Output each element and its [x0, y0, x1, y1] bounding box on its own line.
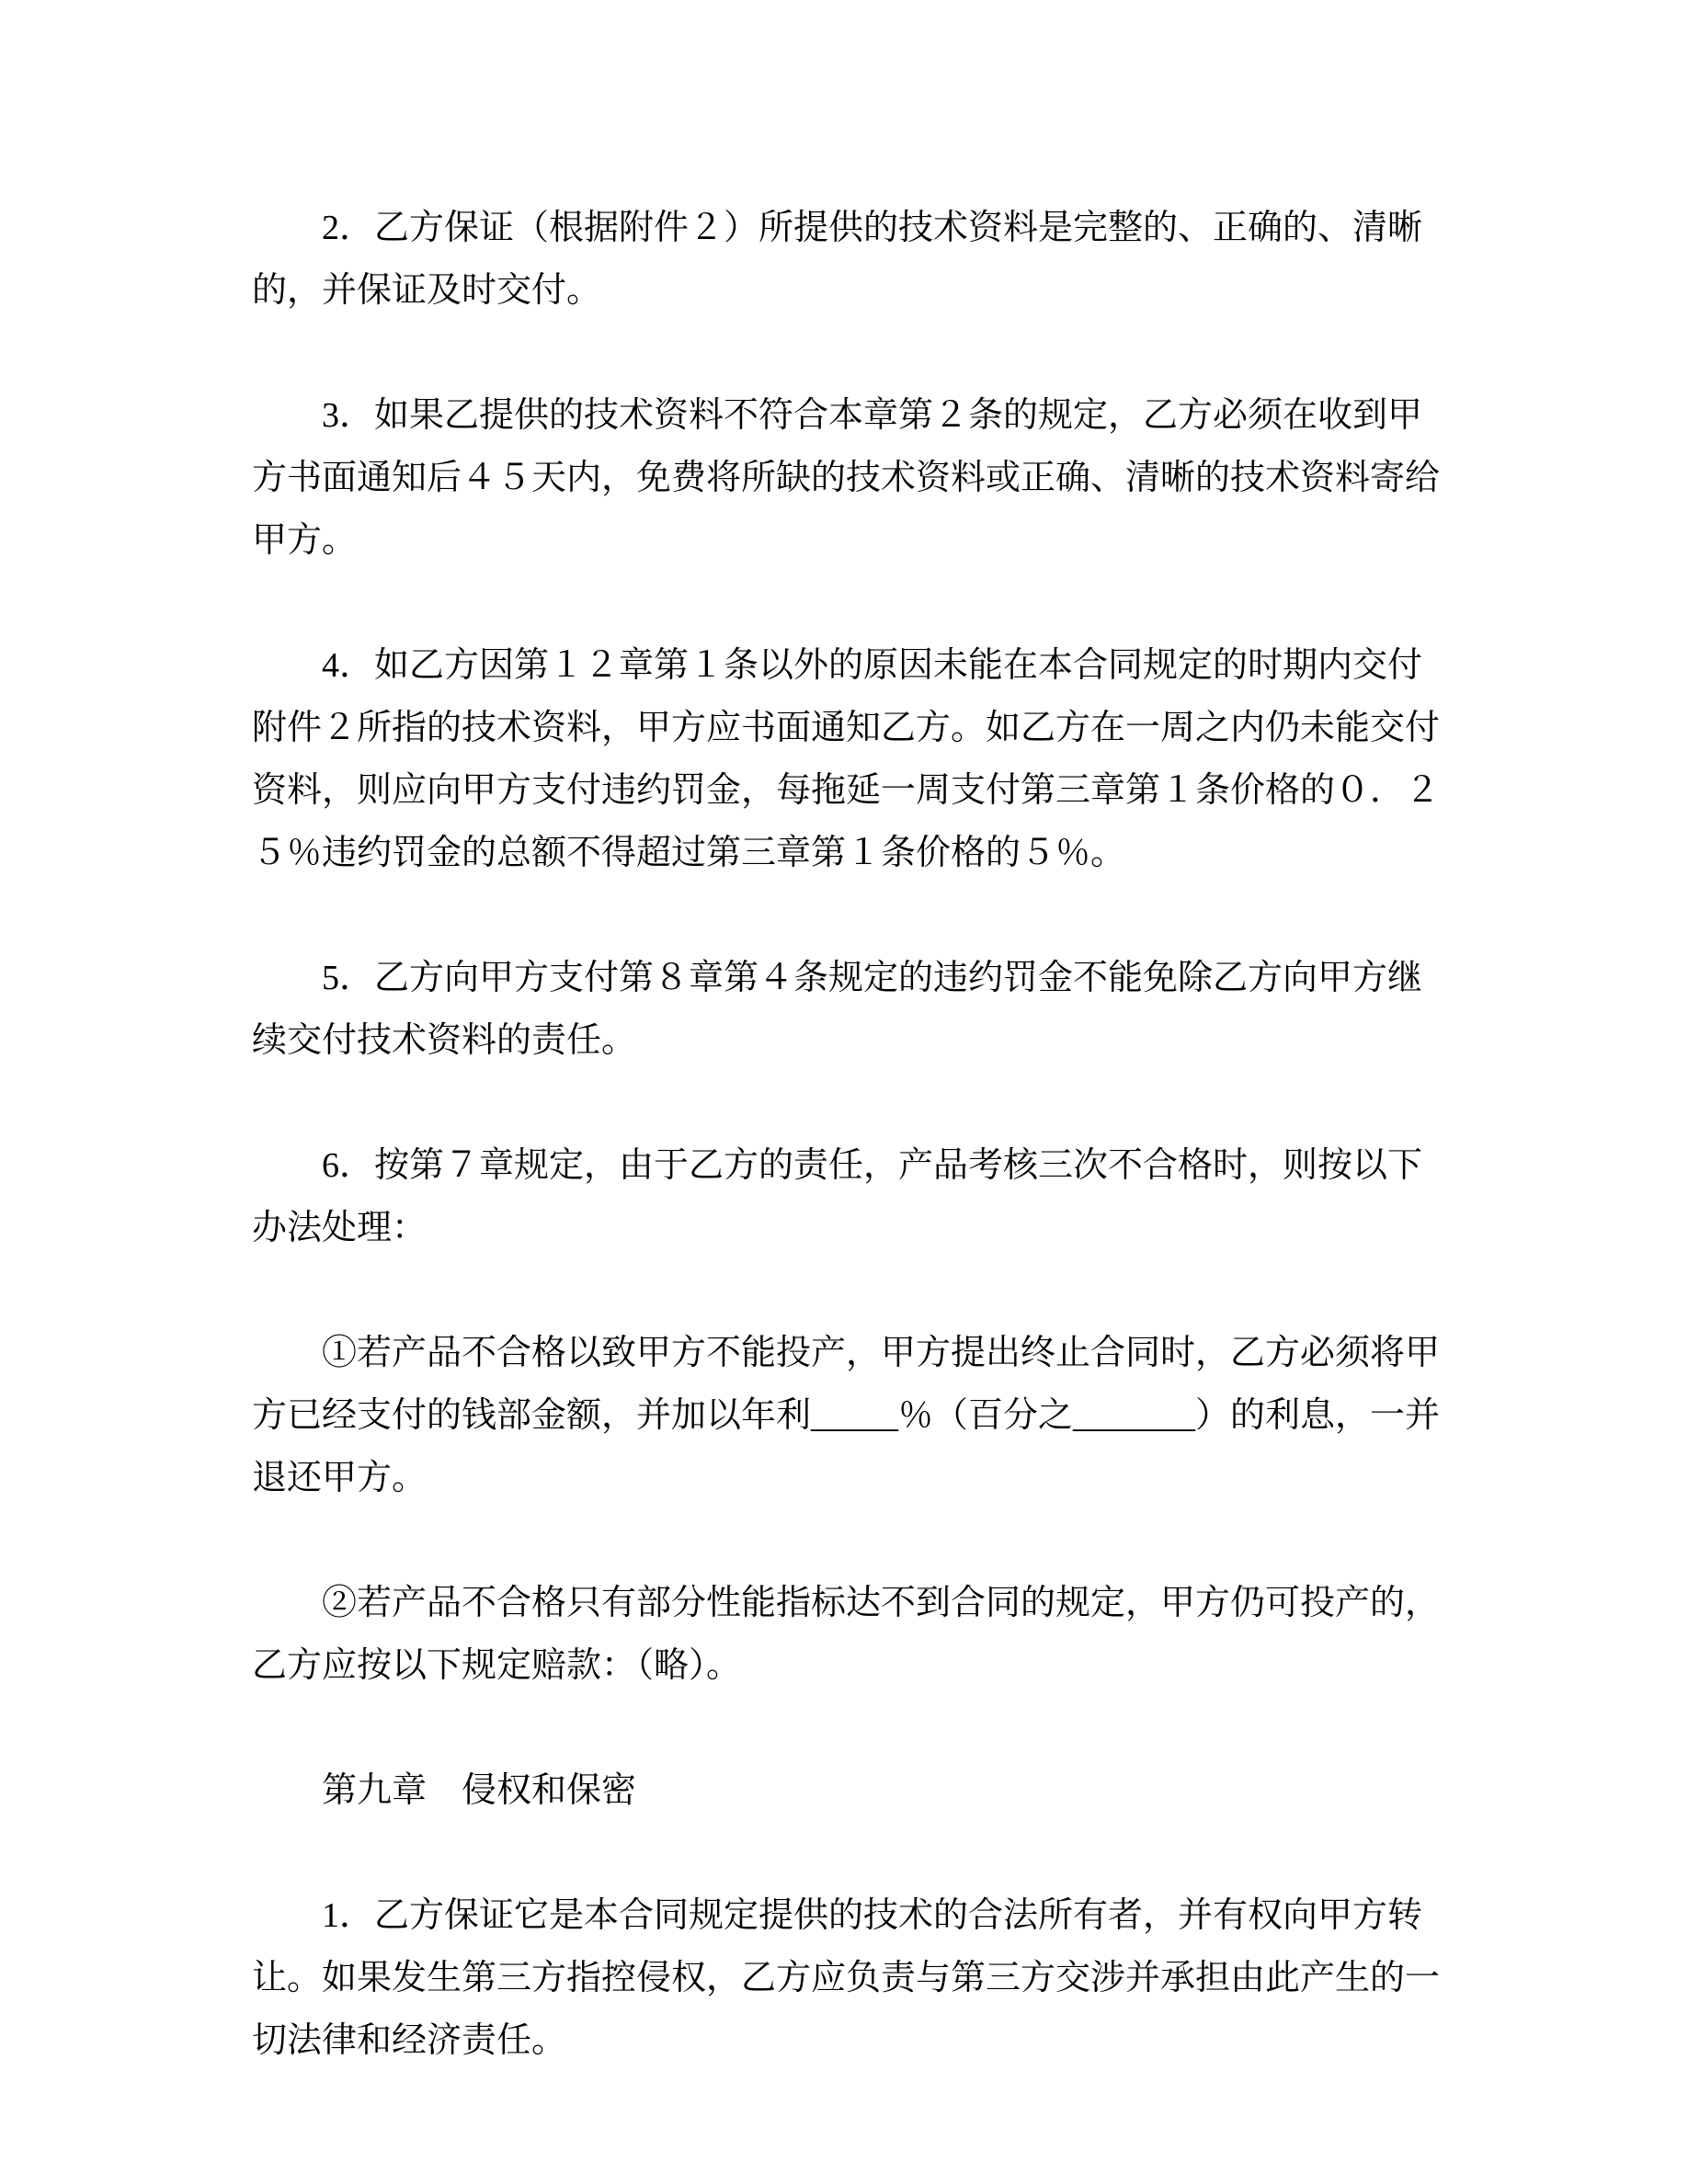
paragraph-clause-4: 4．如乙方因第１２章第１条以外的原因未能在本合同规定的时期内交付附件２所指的技术… — [252, 634, 1447, 884]
paragraph-item-2: ②若产品不合格只有部分性能指标达不到合同的规定，甲方仍可投产的，乙方应按以下规定… — [252, 1572, 1447, 1697]
paragraph-clause-5: 5．乙方向甲方支付第８章第４条规定的违约罚金不能免除乙方向甲方继续交付技术资料的… — [252, 947, 1447, 1072]
chapter-9-heading: 第九章 侵权和保密 — [252, 1759, 1447, 1822]
paragraph-clause-6: 6．按第７章规定，由于乙方的责任，产品考核三次不合格时，则按以下办法处理： — [252, 1134, 1447, 1259]
paragraph-clause-3: 3．如果乙提供的技术资料不符合本章第２条的规定，乙方必须在收到甲方书面通知后４５… — [252, 384, 1447, 572]
paragraph-item-1-fill-in-blanks: ①若产品不合格以致甲方不能投产，甲方提出终止合同时，乙方必须将甲方已经支付的钱部… — [252, 1322, 1447, 1509]
paragraph-clause-2: 2．乙方保证（根据附件２）所提供的技术资料是完整的、正确的、清晰的，并保证及时交… — [252, 197, 1447, 322]
paragraph-chapter-9-clause-1: 1．乙方保证它是本合同规定提供的技术的合法所有者，并有权向甲方转让。如果发生第三… — [252, 1884, 1447, 2072]
document-page: 2．乙方保证（根据附件２）所提供的技术资料是完整的、正确的、清晰的，并保证及时交… — [0, 0, 1688, 2184]
